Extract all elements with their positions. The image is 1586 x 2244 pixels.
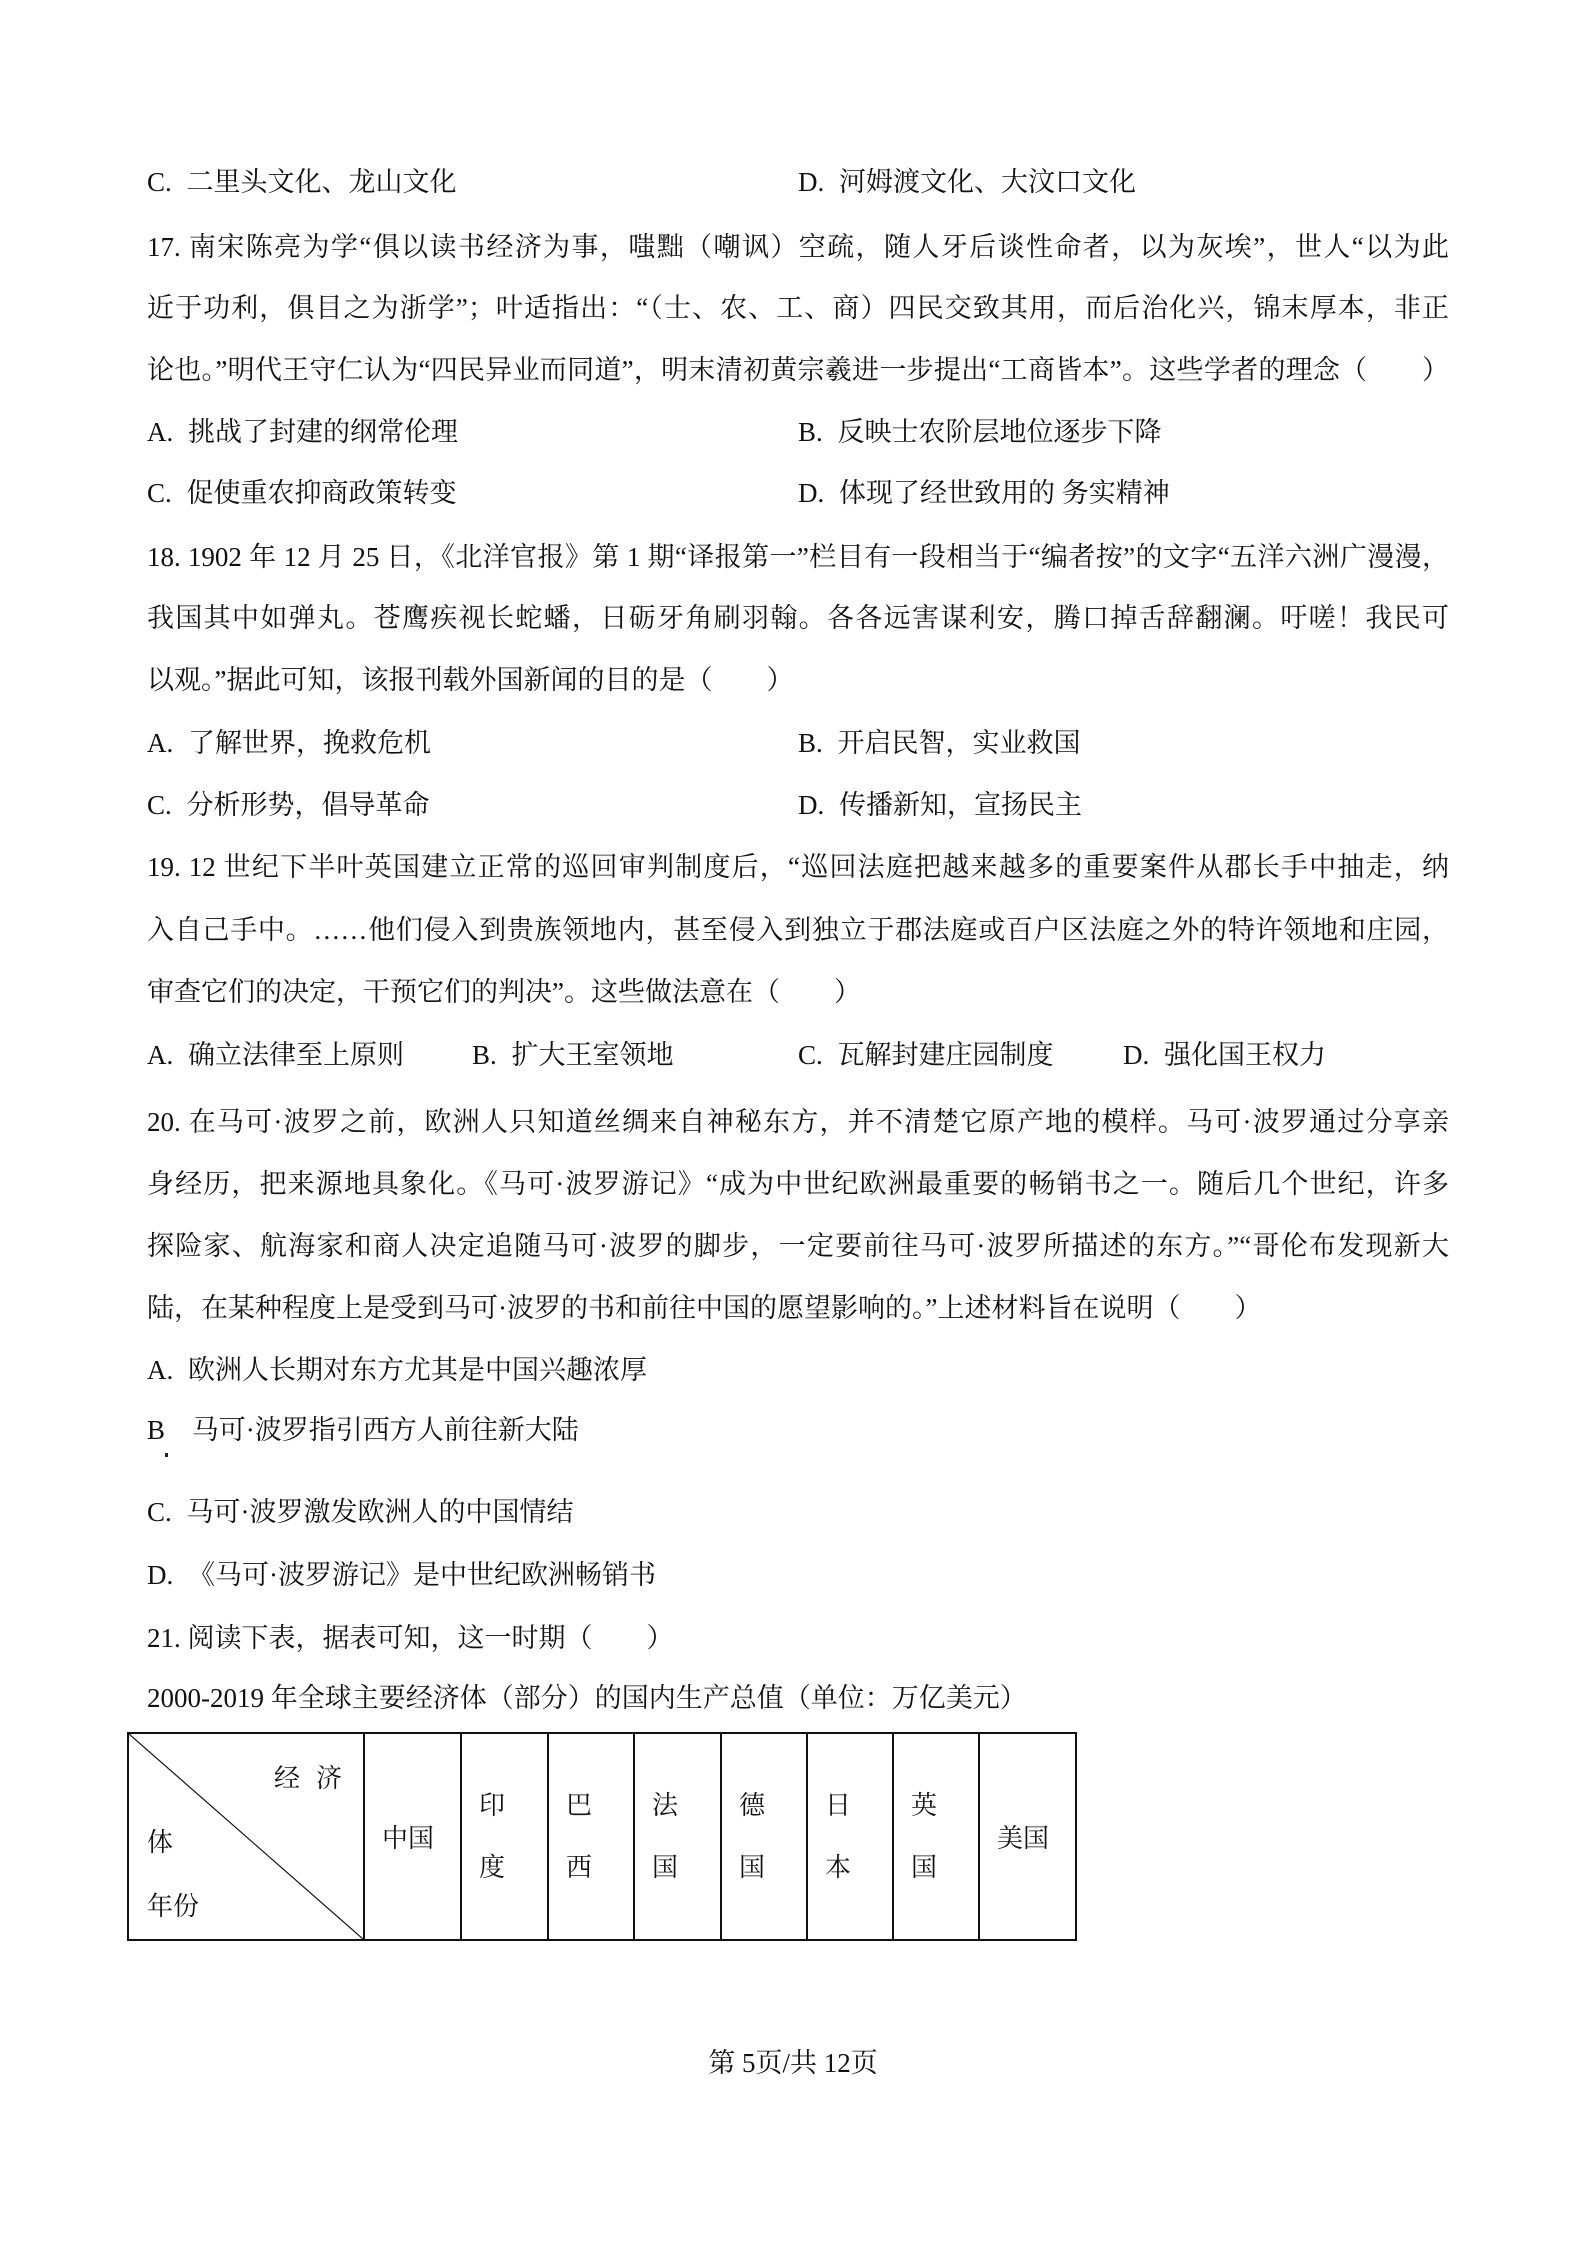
- option-text: 开启民智，实业救国: [838, 728, 1081, 758]
- stray-period-mark: [165, 1453, 168, 1457]
- column-header-france: 法 国: [634, 1733, 721, 1940]
- column-header-char: 国: [911, 1837, 978, 1899]
- q20-stem-line-4: 陆，在某种程度上是受到马可·波罗的书和前往中国的愿望影响的。”上述材料旨在说明（…: [147, 1288, 1261, 1328]
- column-header-text: 中国: [382, 1824, 434, 1853]
- option-letter: C.: [147, 478, 172, 508]
- q20-option-a: A. 欧洲人长期对东方尤其是中国兴趣浓厚: [147, 1350, 647, 1390]
- column-header-char: 度: [479, 1837, 547, 1899]
- q18-stem-line-2: 我国其中如弹丸。苍鹰疾视长蛇蟠，日砺牙角刷羽翰。各各远害谋利安，腾口掉舌辞翻澜。…: [147, 598, 1449, 638]
- q20-option-b: B 马可·波罗指引西方人前往新大陆: [147, 1410, 579, 1450]
- option-text: 促使重农抑商政策转变: [187, 478, 457, 508]
- q20-stem-line-1: 20. 在马可·波罗之前，欧洲人只知道丝绸来自神秘东方，并不清楚它原产地的模样。…: [147, 1102, 1449, 1142]
- q20-stem-line-2: 身经历，把来源地具象化。《马可·波罗游记》“成为中世纪欧洲最重要的畅销书之一。随…: [147, 1164, 1449, 1204]
- option-letter: C.: [147, 167, 172, 197]
- column-header-text: 美国: [997, 1824, 1049, 1853]
- corner-label-economy: 经济: [274, 1758, 358, 1795]
- column-header-char: 国: [739, 1837, 806, 1899]
- option-text: 二里头文化、龙山文化: [187, 167, 457, 197]
- option-text: 瓦解封建庄园制度: [838, 1040, 1054, 1070]
- option-letter: C.: [798, 1040, 823, 1070]
- option-letter: C.: [147, 790, 172, 820]
- corner-label-body: 体: [147, 1822, 173, 1859]
- q19-option-a: A. 确立法律至上原则: [147, 1035, 404, 1075]
- column-header-char: 英: [911, 1775, 978, 1837]
- option-letter: D.: [147, 1560, 173, 1590]
- q18-option-a: A. 了解世界，挽救危机: [147, 723, 431, 763]
- option-letter: A.: [147, 1355, 173, 1385]
- option-letter: D.: [798, 478, 824, 508]
- q21-stem: 21. 阅读下表，据表可知，这一时期（ ）: [147, 1618, 674, 1658]
- q18-option-c: C. 分析形势，倡导革命: [147, 785, 430, 825]
- option-letter: B.: [472, 1040, 497, 1070]
- q18-stem-line-1: 18. 1902 年 12 月 25 日，《北洋官报》第 1 期“译报第一”栏目…: [147, 537, 1449, 577]
- table-caption: 2000-2019 年全球主要经济体（部分）的国内生产总值（单位：万亿美元）: [147, 1678, 1027, 1718]
- q19-stem-line-1: 19. 12 世纪下半叶英国建立正常的巡回审判制度后，“巡回法庭把越来越多的重要…: [147, 847, 1449, 887]
- q18-option-b: B. 开启民智，实业救国: [798, 723, 1081, 763]
- table-header-row: 经济 体 年份 中国 印 度 巴 西 法 国 德 国 日 本 英: [128, 1733, 1076, 1940]
- gdp-table: 经济 体 年份 中国 印 度 巴 西 法 国 德 国 日 本 英: [127, 1732, 1077, 1941]
- column-header-uk: 英 国: [893, 1733, 979, 1940]
- column-header-char: 巴: [566, 1775, 633, 1837]
- option-text: 体现了经世致用的 务实精神: [839, 478, 1170, 508]
- option-letter: D.: [1123, 1040, 1149, 1070]
- option-letter: A.: [147, 417, 173, 447]
- column-header-india: 印 度: [461, 1733, 548, 1940]
- option-letter: D.: [798, 167, 824, 197]
- column-header-char: 本: [825, 1837, 892, 1899]
- column-header-char: 德: [739, 1775, 806, 1837]
- option-letter: C.: [147, 1497, 172, 1527]
- q17-option-b: B. 反映士农阶层地位逐步下降: [798, 412, 1162, 452]
- column-header-char: 国: [652, 1837, 720, 1899]
- q16-option-d: D. 河姆渡文化、大汶口文化: [798, 162, 1136, 202]
- column-header-germany: 德 国: [721, 1733, 807, 1940]
- option-letter: A.: [147, 1040, 173, 1070]
- option-text: 马可·波罗指引西方人前往新大陆: [192, 1415, 579, 1445]
- table-corner-cell: 经济 体 年份: [128, 1733, 364, 1940]
- option-text: 强化国王权力: [1164, 1040, 1326, 1070]
- option-text: 河姆渡文化、大汶口文化: [839, 167, 1136, 197]
- q19-option-d: D. 强化国王权力: [1123, 1035, 1326, 1075]
- option-text: 马可·波罗激发欧洲人的中国情结: [187, 1497, 574, 1527]
- q19-option-c: C. 瓦解封建庄园制度: [798, 1035, 1054, 1075]
- option-text: 确立法律至上原则: [188, 1040, 404, 1070]
- option-letter: B.: [798, 728, 823, 758]
- option-text: 欧洲人长期对东方尤其是中国兴趣浓厚: [188, 1355, 647, 1385]
- column-header-japan: 日 本: [807, 1733, 893, 1940]
- q17-stem-line-3: 论也。”明代王守仁认为“四民异业而同道”，明末清初黄宗羲进一步提出“工商皆本”。…: [147, 350, 1449, 390]
- q18-stem-line-3: 以观。”据此可知，该报刊载外国新闻的目的是（ ）: [147, 660, 793, 700]
- q20-option-d: D. 《马可·波罗游记》是中世纪欧洲畅销书: [147, 1555, 656, 1595]
- column-header-char: 日: [825, 1775, 892, 1837]
- q20-option-c: C. 马可·波罗激发欧洲人的中国情结: [147, 1492, 574, 1532]
- corner-label-year: 年份: [147, 1886, 199, 1923]
- option-letter: D.: [798, 790, 824, 820]
- q17-option-c: C. 促使重农抑商政策转变: [147, 473, 457, 513]
- q19-stem-line-3: 审查它们的决定，干预它们的判决”。这些做法意在（ ）: [147, 972, 861, 1012]
- q19-stem-line-2: 入自己手中。……他们侵入到贵族领地内，甚至侵入到独立于郡法庭或百户区法庭之外的特…: [147, 910, 1449, 950]
- option-letter: B: [147, 1415, 165, 1445]
- column-header-char: 西: [566, 1837, 633, 1899]
- column-header-char: 法: [652, 1775, 720, 1837]
- page-number-footer: 第 5页/共 12页: [0, 2043, 1586, 2083]
- option-text: 反映士农阶层地位逐步下降: [838, 417, 1162, 447]
- option-text: 《马可·波罗游记》是中世纪欧洲畅销书: [188, 1560, 656, 1590]
- q16-option-c: C. 二里头文化、龙山文化: [147, 162, 457, 202]
- option-text: 了解世界，挽救危机: [188, 728, 431, 758]
- q17-stem-line-1: 17. 南宋陈亮为学“俱以读书经济为事，嗤黜（嘲讽）空疏，随人牙后谈性命者，以为…: [147, 227, 1449, 267]
- option-text: 扩大王室领地: [512, 1040, 674, 1070]
- option-letter: A.: [147, 728, 173, 758]
- column-header-china: 中国: [364, 1733, 461, 1940]
- column-header-char: 印: [479, 1775, 547, 1837]
- option-text: 分析形势，倡导革命: [187, 790, 430, 820]
- q20-stem-line-3: 探险家、航海家和商人决定追随马可·波罗的脚步，一定要前往马可·波罗所描述的东方。…: [147, 1226, 1449, 1266]
- column-header-usa: 美国: [979, 1733, 1076, 1940]
- q17-option-d: D. 体现了经世致用的 务实精神: [798, 473, 1170, 513]
- q17-stem-line-2: 近于功利，俱目之为浙学”；叶适指出：“（士、农、工、商）四民交致其用，而后治化兴…: [147, 288, 1449, 328]
- q19-option-b: B. 扩大王室领地: [472, 1035, 674, 1075]
- q18-option-d: D. 传播新知，宣扬民主: [798, 785, 1082, 825]
- column-header-brazil: 巴 西: [548, 1733, 634, 1940]
- option-text: 传播新知，宣扬民主: [839, 790, 1082, 820]
- q17-option-a: A. 挑战了封建的纲常伦理: [147, 412, 458, 452]
- option-letter: B.: [798, 417, 823, 447]
- option-text: 挑战了封建的纲常伦理: [188, 417, 458, 447]
